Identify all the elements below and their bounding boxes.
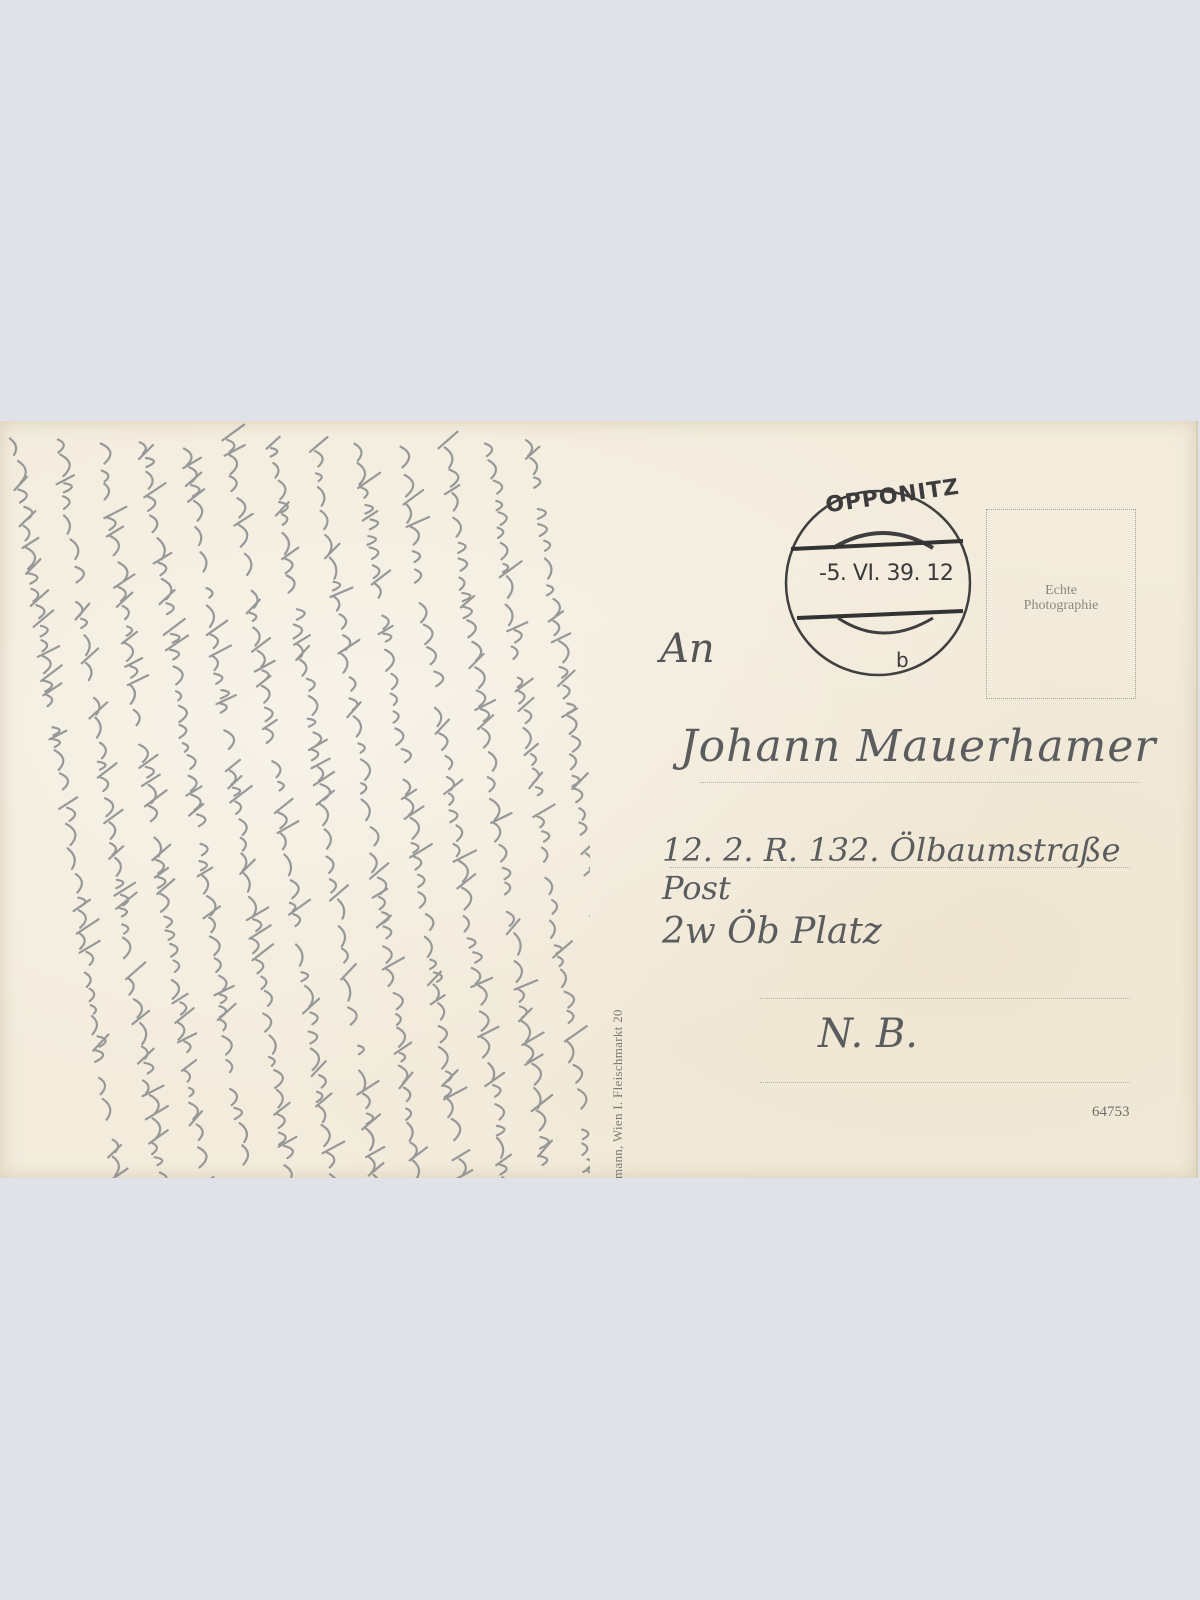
- address-line-4: N. B.: [818, 1011, 918, 1057]
- postmark-sub: b: [896, 648, 909, 672]
- postmark-date: -5. VI. 39. 12: [819, 561, 953, 586]
- address-rule-1: [700, 782, 1140, 783]
- address-line-2: 12. 2. R. 132. Ölbaumstraße Post: [662, 831, 1196, 907]
- address-line-3: 2w Öb Platz: [662, 911, 882, 952]
- postcard: P. Ledermann, Wien I. Fleischmarkt 20 — …: [0, 421, 1198, 1178]
- address-salutation: An: [660, 626, 715, 672]
- address-rule-4: [760, 1082, 1130, 1083]
- publisher-imprint: P. Ledermann, Wien I. Fleischmarkt 20 — …: [610, 1006, 640, 1178]
- catalog-number: 64753: [1092, 1104, 1130, 1121]
- postmark: OPPONITZ -5. VI. 39. 12 b: [783, 478, 983, 678]
- handwritten-message: [0, 421, 590, 1178]
- stamp-box-line-2: Photographie: [987, 598, 1135, 613]
- address-name: Johann Mauerhamer: [680, 721, 1156, 772]
- address-rule-3: [760, 998, 1130, 999]
- publisher-line-1: P. Ledermann, Wien I. Fleischmarkt 20 — …: [610, 1006, 640, 1178]
- stamp-box-label: Echte Photographie: [987, 583, 1135, 613]
- stamp-box: Echte Photographie: [986, 509, 1136, 699]
- stamp-box-line-1: Echte: [987, 583, 1135, 598]
